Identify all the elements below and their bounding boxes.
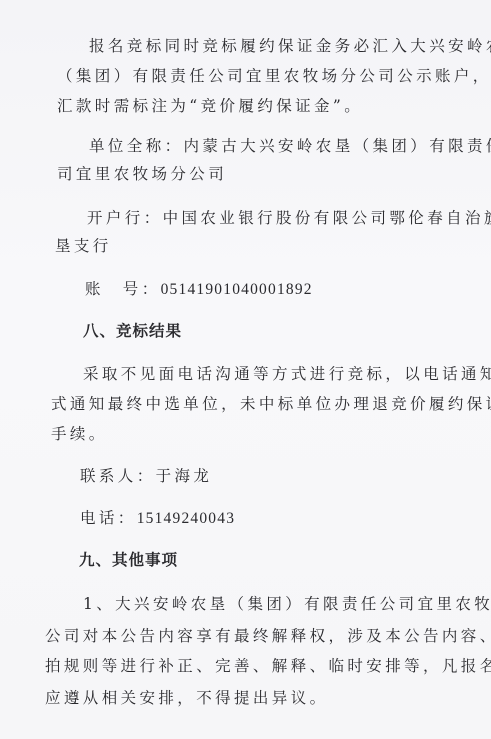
unit-name-line-2: 司宜里农牧场分公司 (57, 164, 227, 184)
section-9-item-1-line-3: 拍规则等进行补正、完善、解释、临时安排等，凡报名者 (45, 656, 491, 676)
deposit-paragraph-line-2: （集团）有限责任公司宜里农牧场分公司公示账户，银行 (57, 66, 491, 86)
document-page: 报名竞标同时竞标履约保证金务必汇入大兴安岭农垦 （集团）有限责任公司宜里农牧场分… (0, 0, 491, 739)
unit-name-line-1: 单位全称：内蒙古大兴安岭农垦（集团）有限责任公 (89, 136, 491, 156)
bank-line-1: 开户行：中国农业银行股份有限公司鄂伦春自治旗农 (87, 208, 491, 228)
contact-name: 于海龙 (156, 467, 213, 485)
section-9-item-1-line-2: 公司对本公告内容享有最终解释权，涉及本公告内容、竞 (45, 626, 491, 646)
section-9-item-1-line-1: 1、大兴安岭农垦（集团）有限责任公司宜里农牧场分 (83, 594, 491, 614)
account-label: 账 号： (85, 280, 161, 298)
section-9-heading: 九、其他事项 (79, 550, 178, 570)
phone-row: 电话：15149240043 (80, 508, 235, 529)
phone-label: 电话： (80, 509, 137, 527)
phone-number: 15149240043 (137, 510, 235, 527)
section-8-line-1: 采取不见面电话沟通等方式进行竞标，以电话通知形 (83, 364, 491, 384)
bank-line-2: 垦支行 (55, 236, 112, 256)
section-8-line-3: 手续。 (51, 424, 108, 444)
account-number: 05141901040001892 (161, 281, 313, 298)
deposit-paragraph-line-1: 报名竞标同时竞标履约保证金务必汇入大兴安岭农垦 (89, 36, 491, 56)
section-8-line-2: 式通知最终中选单位，未中标单位办理退竞价履约保证金 (51, 394, 491, 414)
section-8-heading: 八、竞标结果 (83, 321, 182, 341)
account-row: 账 号：05141901040001892 (85, 279, 313, 300)
deposit-paragraph-line-3: 汇款时需标注为“竞价履约保证金”。 (57, 96, 363, 116)
contact-row: 联系人：于海龙 (80, 466, 212, 486)
section-9-item-1-line-4: 应遵从相关安排，不得提出异议。 (45, 688, 329, 708)
contact-label: 联系人： (80, 467, 156, 485)
